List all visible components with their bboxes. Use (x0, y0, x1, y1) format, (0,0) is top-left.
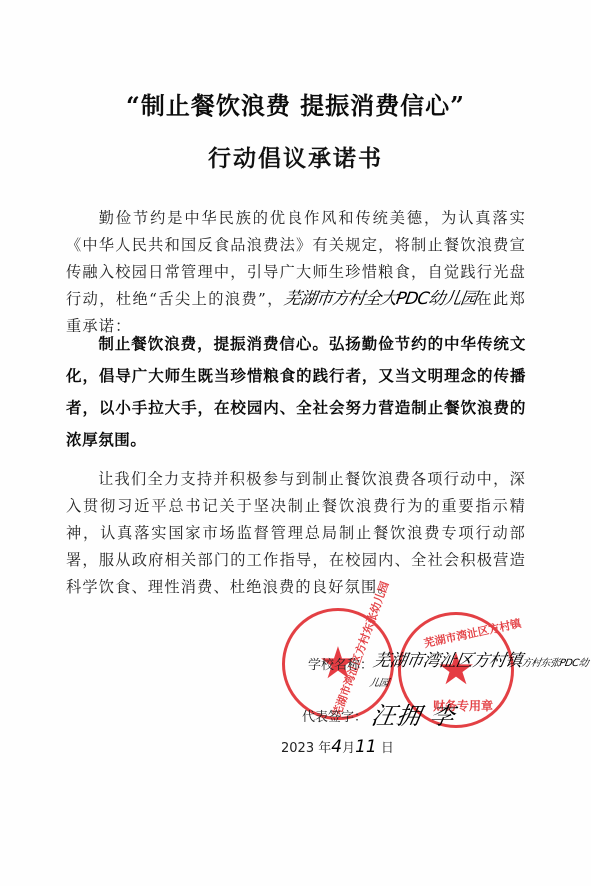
representative-label: 代表签字： (302, 706, 367, 725)
date-year-suffix: 年 (318, 741, 331, 756)
representative-signature: 汪拥 李 (369, 696, 459, 731)
date-day-suffix: 日 (381, 741, 394, 756)
handwritten-school-name: 芜湖市方村全大PDC幼儿园 (282, 286, 478, 313)
paragraph-commitment: 制止餐饮浪费，提振消费信心。弘扬勤俭节约的中华传统文化，倡导广大师生既当珍惜粮食… (66, 328, 526, 456)
document-page: “制止餐饮浪费 提振消费信心” 行动倡议承诺书 勤俭节约是中华民族的优良作风和传… (0, 0, 591, 886)
document-title: “制止餐饮浪费 提振消费信心” (0, 86, 591, 121)
signing-date: 2023 年4月11 日 (281, 737, 394, 757)
date-year: 2023 (281, 741, 314, 756)
paragraph-intro: 勤俭节约是中华民族的优良作风和传统美德，为认真落实《中华人民共和国反食品浪费法》… (66, 205, 526, 340)
paragraph-call-to-action: 让我们全力支持并积极参与到制止餐饮浪费各项行动中，深入贯彻习近平总书记关于坚决制… (66, 466, 526, 601)
paragraph-commitment-text: 制止餐饮浪费，提振消费信心。弘扬勤俭节约的中华传统文化，倡导广大师生既当珍惜粮食… (66, 335, 526, 449)
school-name-label: 学校名称： (308, 654, 373, 673)
paragraph-call-to-action-text: 让我们全力支持并积极参与到制止餐饮浪费各项行动中，深入贯彻习近平总书记关于坚决制… (66, 470, 526, 596)
school-name-handwritten-main: 芜湖市湾沚区方村镇 (372, 651, 524, 671)
date-month: 4 (331, 737, 342, 757)
date-day: 11 (355, 737, 377, 757)
school-name-handwritten: 芜湖市湾沚区方村镇方村东张PDC幼儿园 (368, 646, 591, 691)
date-month-suffix: 月 (342, 741, 355, 756)
document-subtitle: 行动倡议承诺书 (0, 140, 591, 173)
